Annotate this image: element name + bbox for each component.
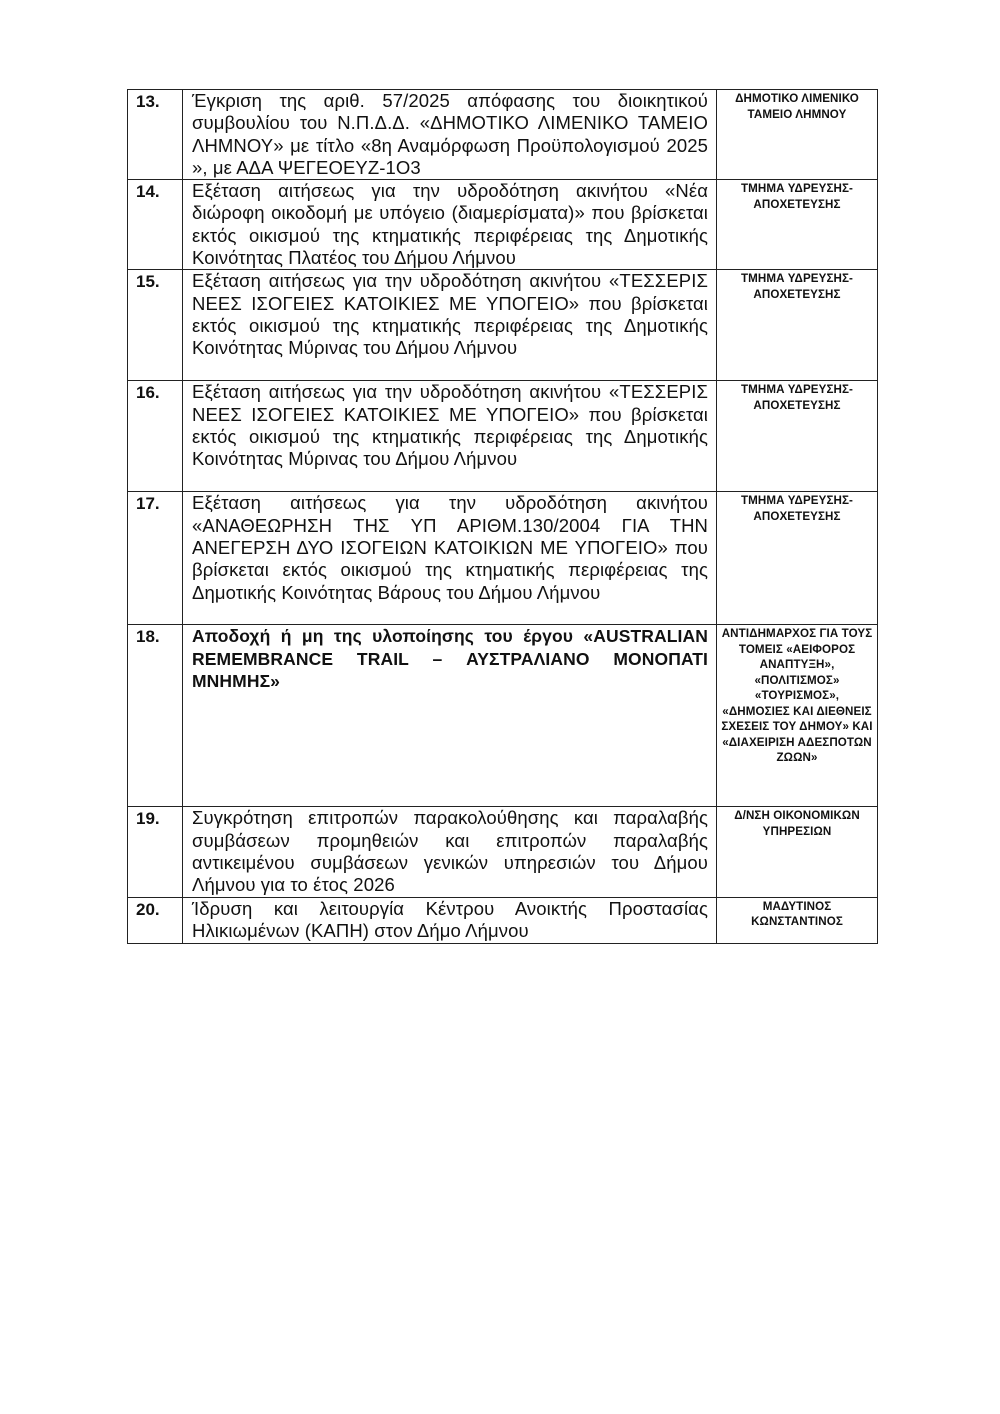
item-subject: Εξέταση αιτήσεως για την υδροδότηση ακιν…	[183, 492, 717, 625]
agenda-row: 16. Εξέταση αιτήσεως για την υδροδότηση …	[128, 381, 878, 492]
agenda-row: 13. Έγκριση της αριθ. 57/2025 απόφασης τ…	[128, 90, 878, 180]
item-number: 18.	[128, 625, 183, 807]
item-number: 15.	[128, 270, 183, 381]
agenda-row: 19. Συγκρότηση επιτροπών παρακολούθησης …	[128, 807, 878, 897]
agenda-row: 14. Εξέταση αιτήσεως για την υδροδότηση …	[128, 180, 878, 270]
item-responsible: ΤΜΗΜΑ ΥΔΡΕΥΣΗΣ-ΑΠΟΧΕΤΕΥΣΗΣ	[717, 381, 878, 492]
item-subject: Εξέταση αιτήσεως για την υδροδότηση ακιν…	[183, 381, 717, 492]
agenda-table: 13. Έγκριση της αριθ. 57/2025 απόφασης τ…	[127, 89, 878, 944]
item-subject: Αποδοχή ή μη της υλοποίησης του έργου «A…	[183, 625, 717, 807]
item-responsible: ΤΜΗΜΑ ΥΔΡΕΥΣΗΣ-ΑΠΟΧΕΤΕΥΣΗΣ	[717, 270, 878, 381]
item-number: 14.	[128, 180, 183, 270]
item-responsible: Δ/ΝΣΗ ΟΙΚΟΝΟΜΙΚΩΝ ΥΠΗΡΕΣΙΩΝ	[717, 807, 878, 897]
item-subject: Εξέταση αιτήσεως για την υδροδότηση ακιν…	[183, 270, 717, 381]
item-subject: Έγκριση της αριθ. 57/2025 απόφασης του δ…	[183, 90, 717, 180]
item-number: 13.	[128, 90, 183, 180]
agenda-row: 20. Ίδρυση και λειτουργία Κέντρου Ανοικτ…	[128, 897, 878, 943]
item-subject: Ίδρυση και λειτουργία Κέντρου Ανοικτής Π…	[183, 897, 717, 943]
item-number: 16.	[128, 381, 183, 492]
agenda-row: 15. Εξέταση αιτήσεως για την υδροδότηση …	[128, 270, 878, 381]
item-number: 20.	[128, 897, 183, 943]
item-responsible: ΑΝΤΙΔΗΜΑΡΧΟΣ ΓΙΑ ΤΟΥΣ ΤΟΜΕΙΣ «ΑΕΙΦΟΡΟΣ Α…	[717, 625, 878, 807]
item-subject: Εξέταση αιτήσεως για την υδροδότηση ακιν…	[183, 180, 717, 270]
item-subject: Συγκρότηση επιτροπών παρακολούθησης και …	[183, 807, 717, 897]
item-responsible: ΔΗΜΟΤΙΚΟ ΛΙΜΕΝΙΚΟ ΤΑΜΕΙΟ ΛΗΜΝΟΥ	[717, 90, 878, 180]
item-responsible: ΤΜΗΜΑ ΥΔΡΕΥΣΗΣ-ΑΠΟΧΕΤΕΥΣΗΣ	[717, 180, 878, 270]
item-responsible: ΜΑΔΥΤΙΝΟΣ ΚΩΝΣΤΑΝΤΙΝΟΣ	[717, 897, 878, 943]
item-number: 17.	[128, 492, 183, 625]
agenda-row: 18. Αποδοχή ή μη της υλοποίησης του έργο…	[128, 625, 878, 807]
item-number: 19.	[128, 807, 183, 897]
item-responsible: ΤΜΗΜΑ ΥΔΡΕΥΣΗΣ-ΑΠΟΧΕΤΕΥΣΗΣ	[717, 492, 878, 625]
agenda-row: 17. Εξέταση αιτήσεως για την υδροδότηση …	[128, 492, 878, 625]
